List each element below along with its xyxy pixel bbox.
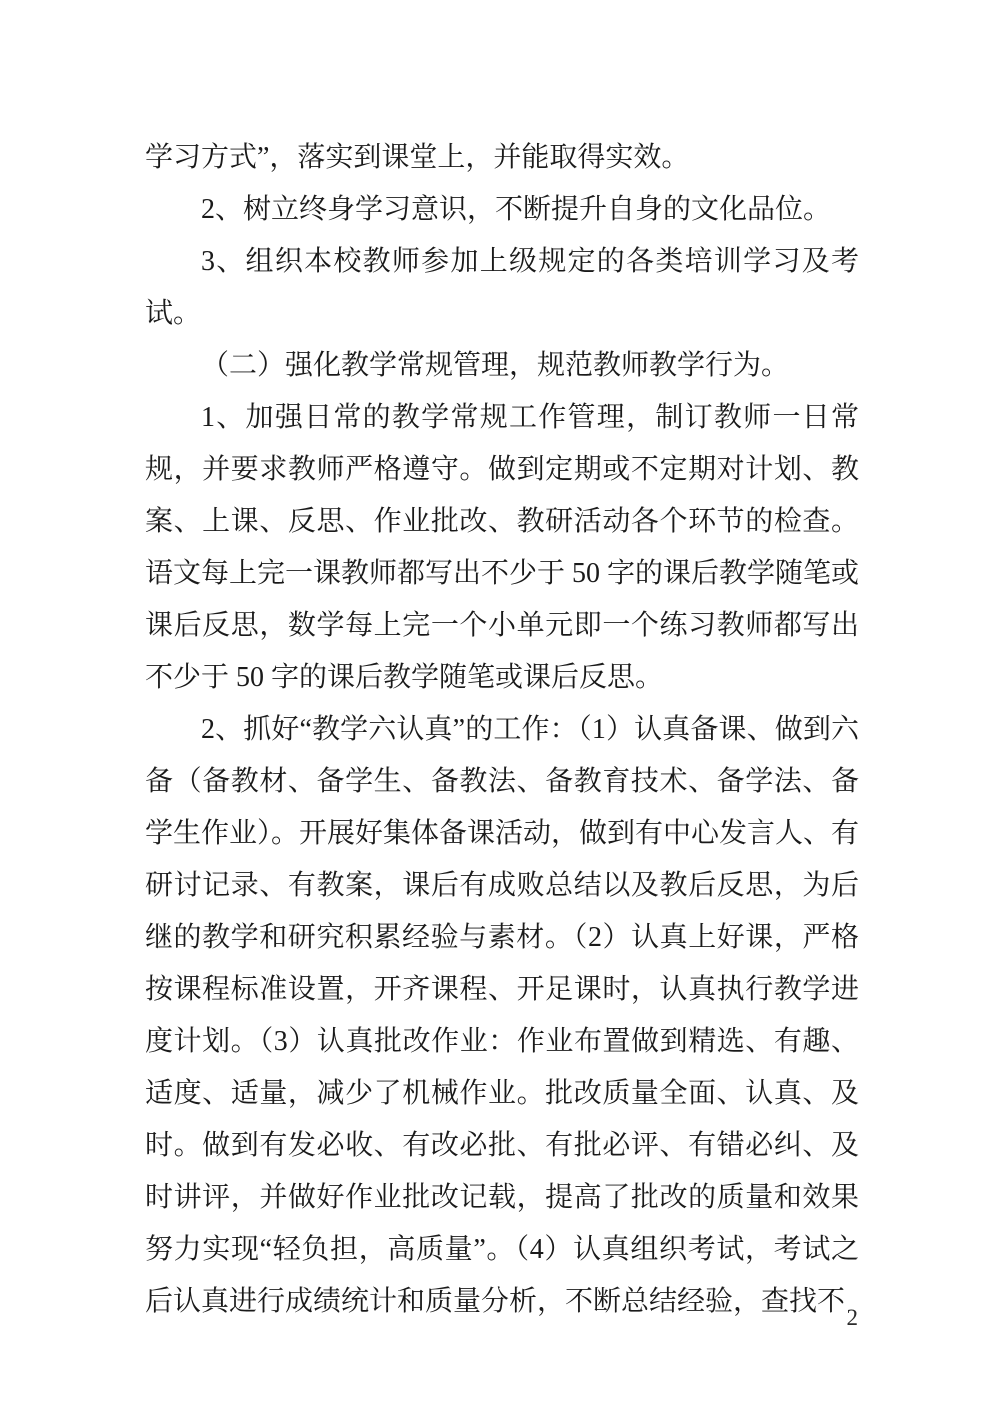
paragraph: 1、加强日常的教学常规工作管理，制订教师一日常规，并要求教师严格遵守。做到定期或… — [145, 392, 859, 704]
page-number: 2 — [0, 1303, 858, 1333]
paragraph: 3、组织本校教师参加上级规定的各类培训学习及考试。 — [145, 236, 859, 340]
paragraph: 学习方式”，落实到课堂上，并能取得实效。 — [145, 132, 859, 184]
paragraph: （二）强化教学常规管理，规范教师教学行为。 — [145, 340, 859, 392]
document-body: 学习方式”，落实到课堂上，并能取得实效。2、树立终身学习意识，不断提升自身的文化… — [145, 132, 859, 1328]
document-page: 学习方式”，落实到课堂上，并能取得实效。2、树立终身学习意识，不断提升自身的文化… — [0, 0, 1000, 1415]
paragraph: 2、树立终身学习意识，不断提升自身的文化品位。 — [145, 184, 859, 236]
paragraph: 2、抓好“教学六认真”的工作：（1）认真备课、做到六备（备教材、备学生、备教法、… — [145, 704, 859, 1328]
